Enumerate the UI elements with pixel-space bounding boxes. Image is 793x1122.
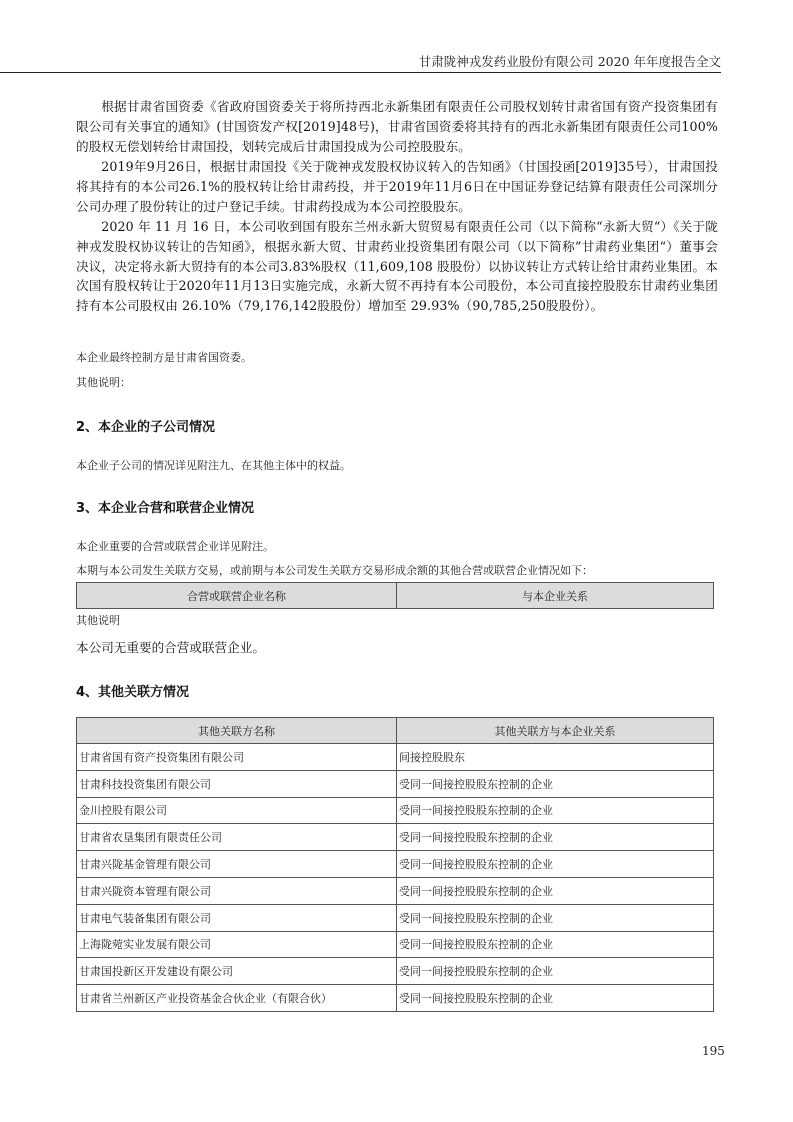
party-relationship: 受同一间接控股股东控制的企业 [397, 904, 714, 931]
party-name: 甘肃科技投资集团有限公司 [77, 770, 397, 797]
party-name: 甘肃省农垦集团有限责任公司 [77, 824, 397, 851]
table-row: 甘肃兴陇资本管理有限公司受同一间接控股股东控制的企业 [77, 877, 714, 904]
table-header-row: 其他关联方名称 其他关联方与本企业关系 [77, 718, 714, 744]
party-name: 甘肃兴陇资本管理有限公司 [77, 877, 397, 904]
section-3-text-1: 本企业重要的合营或联营企业详见附注。 [76, 540, 274, 554]
party-relationship: 受同一间接控股股东控制的企业 [397, 985, 714, 1012]
joint-venture-table: 合营或联营企业名称 与本企业关系 [76, 582, 714, 609]
other-related-parties-table: 其他关联方名称 其他关联方与本企业关系 甘肃省国有资产投资集团有限公司间接控股股… [76, 717, 714, 1012]
column-header-relationship: 与本企业关系 [397, 583, 714, 609]
party-name: 上海陇菀实业发展有限公司 [77, 931, 397, 958]
section-4-title: 4、其他关联方情况 [76, 681, 189, 700]
paragraph-yongxin-damao-transfer: 2020 年 11 月 16 日，本公司收到国有股东兰州永新大贸贸易有限责任公司… [76, 217, 718, 316]
party-relationship: 受同一间接控股股东控制的企业 [397, 770, 714, 797]
page-header: 甘肃陇神戎发药业股份有限公司 2020 年年度报告全文 [0, 52, 721, 73]
party-relationship: 受同一间接控股股东控制的企业 [397, 931, 714, 958]
party-relationship: 受同一间接控股股东控制的企业 [397, 797, 714, 824]
section-3-other-label: 其他说明 [76, 614, 120, 628]
table-row: 甘肃省农垦集团有限责任公司受同一间接控股股东控制的企业 [77, 824, 714, 851]
table-row: 甘肃省国有资产投资集团有限公司间接控股股东 [77, 744, 714, 771]
section-3-title: 3、本企业合营和联营企业情况 [76, 497, 254, 516]
party-relationship: 受同一间接控股股东控制的企业 [397, 958, 714, 985]
party-relationship: 受同一间接控股股东控制的企业 [397, 824, 714, 851]
table-row: 甘肃科技投资集团有限公司受同一间接控股股东控制的企业 [77, 770, 714, 797]
party-relationship: 间接控股股东 [397, 744, 714, 771]
table-row: 甘肃省兰州新区产业投资基金合伙企业（有限合伙）受同一间接控股股东控制的企业 [77, 985, 714, 1012]
party-name: 甘肃兴陇基金管理有限公司 [77, 851, 397, 878]
column-header-jv-name: 合营或联营企业名称 [77, 583, 397, 609]
column-header-party-relationship: 其他关联方与本企业关系 [397, 718, 714, 744]
header-title: 甘肃陇神戎发药业股份有限公司 2020 年年度报告全文 [419, 52, 721, 70]
page-number: 195 [702, 1044, 725, 1058]
party-relationship: 受同一间接控股股东控制的企业 [397, 877, 714, 904]
ultimate-controller-text: 本企业最终控制方是甘肃省国资委。 [76, 351, 252, 365]
table-row: 甘肃电气装备集团有限公司受同一间接控股股东控制的企业 [77, 904, 714, 931]
party-name: 甘肃国投新区开发建设有限公司 [77, 958, 397, 985]
party-name: 金川控股有限公司 [77, 797, 397, 824]
party-relationship: 受同一间接控股股东控制的企业 [397, 851, 714, 878]
table-row: 甘肃国投新区开发建设有限公司受同一间接控股股东控制的企业 [77, 958, 714, 985]
table-row: 上海陇菀实业发展有限公司受同一间接控股股东控制的企业 [77, 931, 714, 958]
section-3-other-text: 本公司无重要的合营或联营企业。 [76, 637, 265, 656]
table-row: 甘肃兴陇基金管理有限公司受同一间接控股股东控制的企业 [77, 851, 714, 878]
party-name: 甘肃省国有资产投资集团有限公司 [77, 744, 397, 771]
party-name: 甘肃省兰州新区产业投资基金合伙企业（有限合伙） [77, 985, 397, 1012]
paragraph-transfer-to-gansu-guotou: 根据甘肃省国资委《省政府国资委关于将所持西北永新集团有限责任公司股权划转甘肃省国… [76, 97, 718, 156]
section-2-text: 本企业子公司的情况详见附注九、在其他主体中的权益。 [76, 459, 351, 473]
table-row: 金川控股有限公司受同一间接控股股东控制的企业 [77, 797, 714, 824]
other-notes-label: 其他说明： [76, 376, 131, 390]
section-3-text-2: 本期与本公司发生关联方交易，或前期与本公司发生关联方交易形成余额的其他合营或联营… [76, 564, 593, 578]
column-header-party-name: 其他关联方名称 [77, 718, 397, 744]
party-name: 甘肃电气装备集团有限公司 [77, 904, 397, 931]
paragraph-transfer-to-gansu-yaotou: 2019年9月26日，根据甘肃国投《关于陇神戎发股权协议转入的告知函》（甘国投函… [76, 157, 718, 216]
table-header-row: 合营或联营企业名称 与本企业关系 [77, 583, 714, 609]
section-2-title: 2、本企业的子公司情况 [76, 416, 215, 435]
